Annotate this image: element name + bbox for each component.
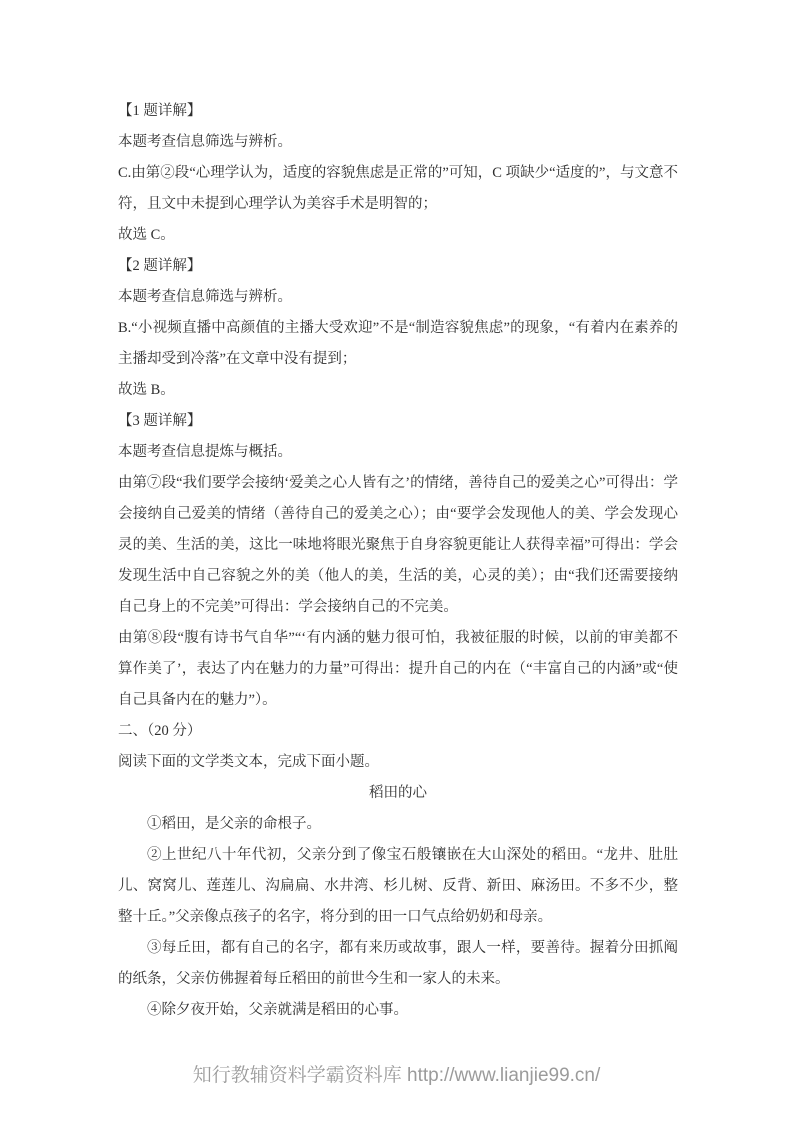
answer-3-heading: 【3 题详解】 [118, 406, 678, 437]
answer-1-conclusion: 故选 C。 [118, 220, 678, 251]
passage-title: 稻田的心 [118, 778, 678, 809]
answer-2-analysis: B.“小视频直播中高颜值的主播大受欢迎”不是“制造容貌焦虑”的现象，“有着内在素… [118, 313, 678, 375]
footer-watermark: 知行教辅资料学霸资料库 http://www.lianjie99.cn/ [0, 1064, 793, 1088]
passage-paragraph-4: ④除夕夜开始，父亲就满是稻田的心事。 [118, 995, 678, 1026]
section-2-instruction: 阅读下面的文学类文本，完成下面小题。 [118, 747, 678, 778]
answer-2-heading: 【2 题详解】 [118, 251, 678, 282]
answer-1-focus: 本题考查信息筛选与辨析。 [118, 127, 678, 158]
answer-2-conclusion: 故选 B。 [118, 375, 678, 406]
answer-2-focus: 本题考查信息筛选与辨析。 [118, 282, 678, 313]
passage-paragraph-1: ①稻田，是父亲的命根子。 [118, 809, 678, 840]
answer-3-focus: 本题考查信息提炼与概括。 [118, 437, 678, 468]
document-page: 【1 题详解】本题考查信息筛选与辨析。C.由第②段“心理学认为，适度的容貌焦虑是… [0, 0, 793, 1122]
answer-1-heading: 【1 题详解】 [118, 96, 678, 127]
answer-1-analysis: C.由第②段“心理学认为，适度的容貌焦虑是正常的”可知，C 项缺少“适度的”，与… [118, 158, 678, 220]
passage-paragraph-2: ②上世纪八十年代初，父亲分到了像宝石般镶嵌在大山深处的稻田。“龙井、肚肚儿、窝窝… [118, 840, 678, 933]
answer-3-analysis-1: 由第⑦段“我们要学会接纳‘爱美之心人皆有之’的情绪，善待自己的爱美之心”可得出：… [118, 468, 678, 623]
document-content: 【1 题详解】本题考查信息筛选与辨析。C.由第②段“心理学认为，适度的容貌焦虑是… [118, 96, 678, 1026]
passage-paragraph-3: ③每丘田，都有自己的名字，都有来历或故事，跟人一样，要善待。握着分田抓阄的纸条，… [118, 933, 678, 995]
section-2-heading: 二、（20 分） [118, 716, 678, 747]
answer-3-analysis-2: 由第⑧段“腹有诗书气自华”“‘有内涵的魅力很可怕，我被征服的时候，以前的审美都不… [118, 623, 678, 716]
